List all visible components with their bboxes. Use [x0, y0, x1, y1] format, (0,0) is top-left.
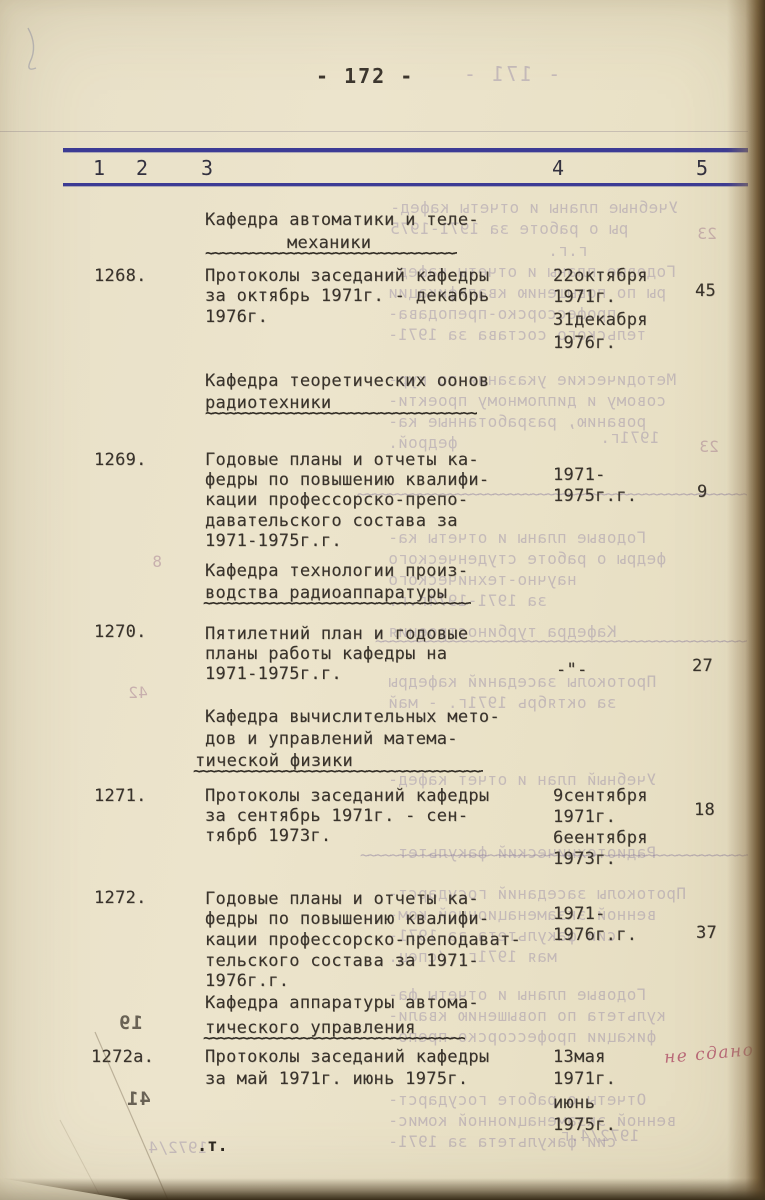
heading-wavy-underline	[205, 409, 477, 421]
entry-description-line: 1976г.г.	[205, 971, 289, 991]
bleedthrough-number: 23	[697, 224, 717, 244]
section-heading-line: Кафедра теоретических оонов	[205, 371, 489, 391]
faint-rule	[0, 131, 748, 132]
entry-description-line: тельского состава за 1971-	[205, 951, 479, 971]
print-through-mark: 41	[126, 1088, 151, 1110]
entry-dates-line: 13мая	[553, 1047, 606, 1067]
entry-sheet-count: 18	[694, 800, 715, 820]
bleedthrough-fragment: Отчеты о работе государст-	[388, 1090, 646, 1110]
entry-description-line: федры по повышению квалифи-	[205, 909, 489, 929]
bottom-typed-mark: .т.	[197, 1136, 228, 1156]
entry-dates-line: 1976г.	[553, 333, 616, 353]
entry-description-line: Пятилетний план и годовые	[205, 624, 468, 644]
entry-sheet-count: 27	[692, 656, 713, 676]
entry-dates-line: -"-	[556, 660, 588, 680]
column-header-1: 1	[93, 156, 105, 180]
entry-dates-line: 1971г.	[553, 1069, 616, 1089]
entry-dates-line: 9сентября	[553, 786, 648, 806]
entry-dates-line: 1975г.г.	[553, 486, 637, 506]
entry-description-line: давательского состава за	[205, 511, 458, 531]
heading-wavy-underline	[203, 1034, 465, 1046]
section-heading-line: Кафедра вычислительных мето-	[205, 707, 500, 727]
entry-description-line: кации профессорско-преподават-	[205, 930, 521, 950]
heading-wavy-underline	[205, 249, 457, 261]
bleedthrough-fragment: г.г.	[548, 241, 588, 261]
entry-description-line: 1971-1975г.г.	[205, 664, 342, 684]
bleedthrough-number: 8	[152, 552, 162, 572]
entry-dates-line: июнь	[553, 1093, 595, 1113]
page-number: - 172 -	[316, 64, 414, 88]
section-heading-line: Кафедра автоматики и теле-	[205, 210, 479, 230]
print-through-mark: 19	[118, 1012, 143, 1034]
entry-sheet-count: 45	[695, 281, 716, 301]
page-corner	[0, 1178, 130, 1200]
entry-dates-line: 22октября	[553, 266, 648, 286]
table-bottom-rule	[63, 183, 748, 186]
entry-description-line: кации профессорско-препо-	[205, 490, 468, 510]
bleedthrough-fragment: 1971г.	[600, 428, 660, 448]
entry-sheet-count: 37	[696, 923, 717, 943]
column-header-4: 4	[552, 156, 564, 180]
bleedthrough-fragment: Годовые планы и отчеты ка-	[388, 528, 646, 548]
entry-dates-line: 1975г.	[553, 1115, 616, 1135]
page-binding-edge	[727, 0, 765, 1200]
scanned-archive-page: { "document": { "page_number": "- 172 -"…	[0, 0, 765, 1200]
entry-description-line: планы работы кафедры на	[205, 644, 447, 664]
entry-number: 1268.	[94, 266, 147, 286]
entry-number: 1270.	[94, 622, 147, 642]
table-top-rule	[63, 148, 748, 152]
heading-wavy-underline	[203, 599, 471, 611]
entry-dates-line: 1971г.	[553, 287, 616, 307]
entry-dates-line: 31декабря	[553, 310, 648, 330]
entry-description-line: Годовые планы и отчеты ка-	[205, 450, 479, 470]
bleedthrough-fragment: Протоколы заседаний кафедры	[388, 672, 656, 692]
entry-number: 1269.	[94, 450, 147, 470]
entry-number: 1271.	[94, 786, 147, 806]
entry-number: 1272.	[94, 888, 147, 908]
entry-dates-line: 1976г.г.	[553, 925, 637, 945]
entry-number: 1272а.	[91, 1047, 154, 1067]
section-heading-line: Кафедра технологии произ-	[205, 561, 468, 581]
entry-description-line: тябрб 1973г.	[205, 826, 331, 846]
column-header-3: 3	[201, 156, 213, 180]
bleedthrough-fragment: совому и дипломному проекти-	[388, 391, 666, 411]
column-header-5: 5	[696, 156, 708, 180]
entry-sheet-count: 9	[697, 482, 708, 502]
bleedthrough-number: 23	[699, 437, 719, 457]
entry-description-line: за май 1971г. июнь 1975г.	[205, 1069, 468, 1089]
column-header-2: 2	[136, 156, 148, 180]
bleedthrough-number: 42	[128, 683, 148, 703]
entry-description-line: 1971-1975г.г.	[205, 531, 342, 551]
section-heading-line: Кафедра аппаратуры автома-	[205, 993, 479, 1013]
bleedthrough-page-number: - 171 -	[462, 64, 560, 84]
entry-dates-line: 1973г.	[553, 849, 616, 869]
entry-description-line: Протоколы заседаний кафедры	[205, 786, 489, 806]
entry-dates-line: 6еентября	[553, 828, 648, 848]
entry-description-line: за сентябрь 1971г. - сен-	[205, 806, 468, 826]
entry-description-line: Протоколы заседаний кафедры	[205, 266, 489, 286]
entry-description-line: 1976г.	[205, 307, 268, 327]
entry-description-line: за октябрь 1971г. - декабрь	[205, 286, 489, 306]
entry-description-line: Протоколы заседаний кафедры	[205, 1047, 489, 1067]
entry-dates-line: 1971-	[553, 904, 606, 924]
entry-description-line: федры по повышению квалифи-	[205, 470, 489, 490]
entry-description-line: Годовые планы и отчеты ка-	[205, 889, 479, 909]
entry-dates-line: 1971-	[553, 465, 606, 485]
entry-dates-line: 1971г.	[553, 807, 616, 827]
section-heading-line: дов и управлений матема-	[205, 729, 458, 749]
heading-wavy-underline	[193, 767, 483, 779]
